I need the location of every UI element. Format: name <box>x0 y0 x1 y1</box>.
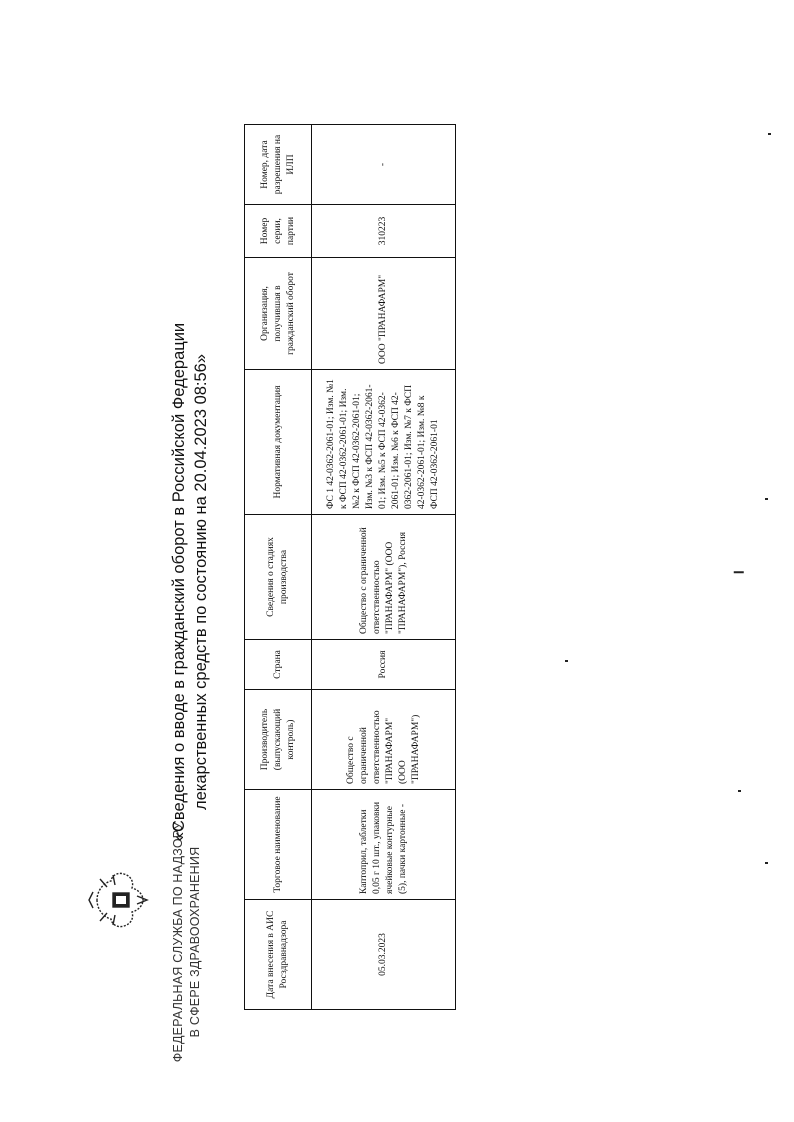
cell-date: 05.03.2023 <box>312 900 456 1010</box>
col-header-organization: Организация, получившая в гражданский об… <box>245 258 312 370</box>
cell-trade-name: Каптоприл, таблетки 0,05 г 10 шт., упако… <box>312 790 456 900</box>
col-header-date: Дата внесения в АИС Росздравнадзора <box>245 900 312 1010</box>
scan-speck <box>765 498 768 500</box>
col-header-permit: Номер, дата разрешения на ИЛП <box>245 125 312 205</box>
scan-speck <box>565 660 568 662</box>
title-line-2: лекарственных средств по состоянию на 20… <box>190 282 212 882</box>
title-line-1: «Сведения о вводе в гражданский оборот в… <box>168 282 190 882</box>
scan-speck <box>765 862 768 864</box>
col-header-manufacturer: Производитель (выпускающий контроль) <box>245 690 312 790</box>
coat-of-arms-emblem-icon <box>85 865 155 935</box>
cell-production-stages: Общество с ограниченной ответственностью… <box>312 515 456 640</box>
col-header-production-stages: Сведения о стадиях производства <box>245 515 312 640</box>
col-header-trade-name: Торговое наименование <box>245 790 312 900</box>
scan-speck <box>738 790 741 792</box>
page-mark-dash <box>734 571 744 573</box>
document-title: «Сведения о вводе в гражданский оборот в… <box>168 282 212 882</box>
cell-batch-number: 310223 <box>312 205 456 258</box>
registry-table: Дата внесения в АИС Росздравнадзора Торг… <box>244 124 456 1010</box>
col-header-batch-number: Номер серии, партии <box>245 205 312 258</box>
col-header-country: Страна <box>245 640 312 690</box>
table-header-row: Дата внесения в АИС Росздравнадзора Торг… <box>245 125 312 1010</box>
cell-organization: ООО "ПРАНАФАРМ" <box>312 258 456 370</box>
cell-manufacturer: Общество с ограниченной ответственностью… <box>312 690 456 790</box>
table-row: 05.03.2023 Каптоприл, таблетки 0,05 г 10… <box>312 125 456 1010</box>
document-page: ФЕДЕРАЛЬНАЯ СЛУЖБА ПО НАДЗОРУ В СФЕРЕ ЗД… <box>0 0 794 1122</box>
cell-country: Россия <box>312 640 456 690</box>
col-header-regulatory-docs: Нормативная документация <box>245 370 312 515</box>
cell-regulatory-docs: ФС 1 42-0362-2061-01; Изм. №1 к ФСП 42-0… <box>312 370 456 515</box>
cell-permit: - <box>312 125 456 205</box>
scan-speck <box>768 133 771 135</box>
